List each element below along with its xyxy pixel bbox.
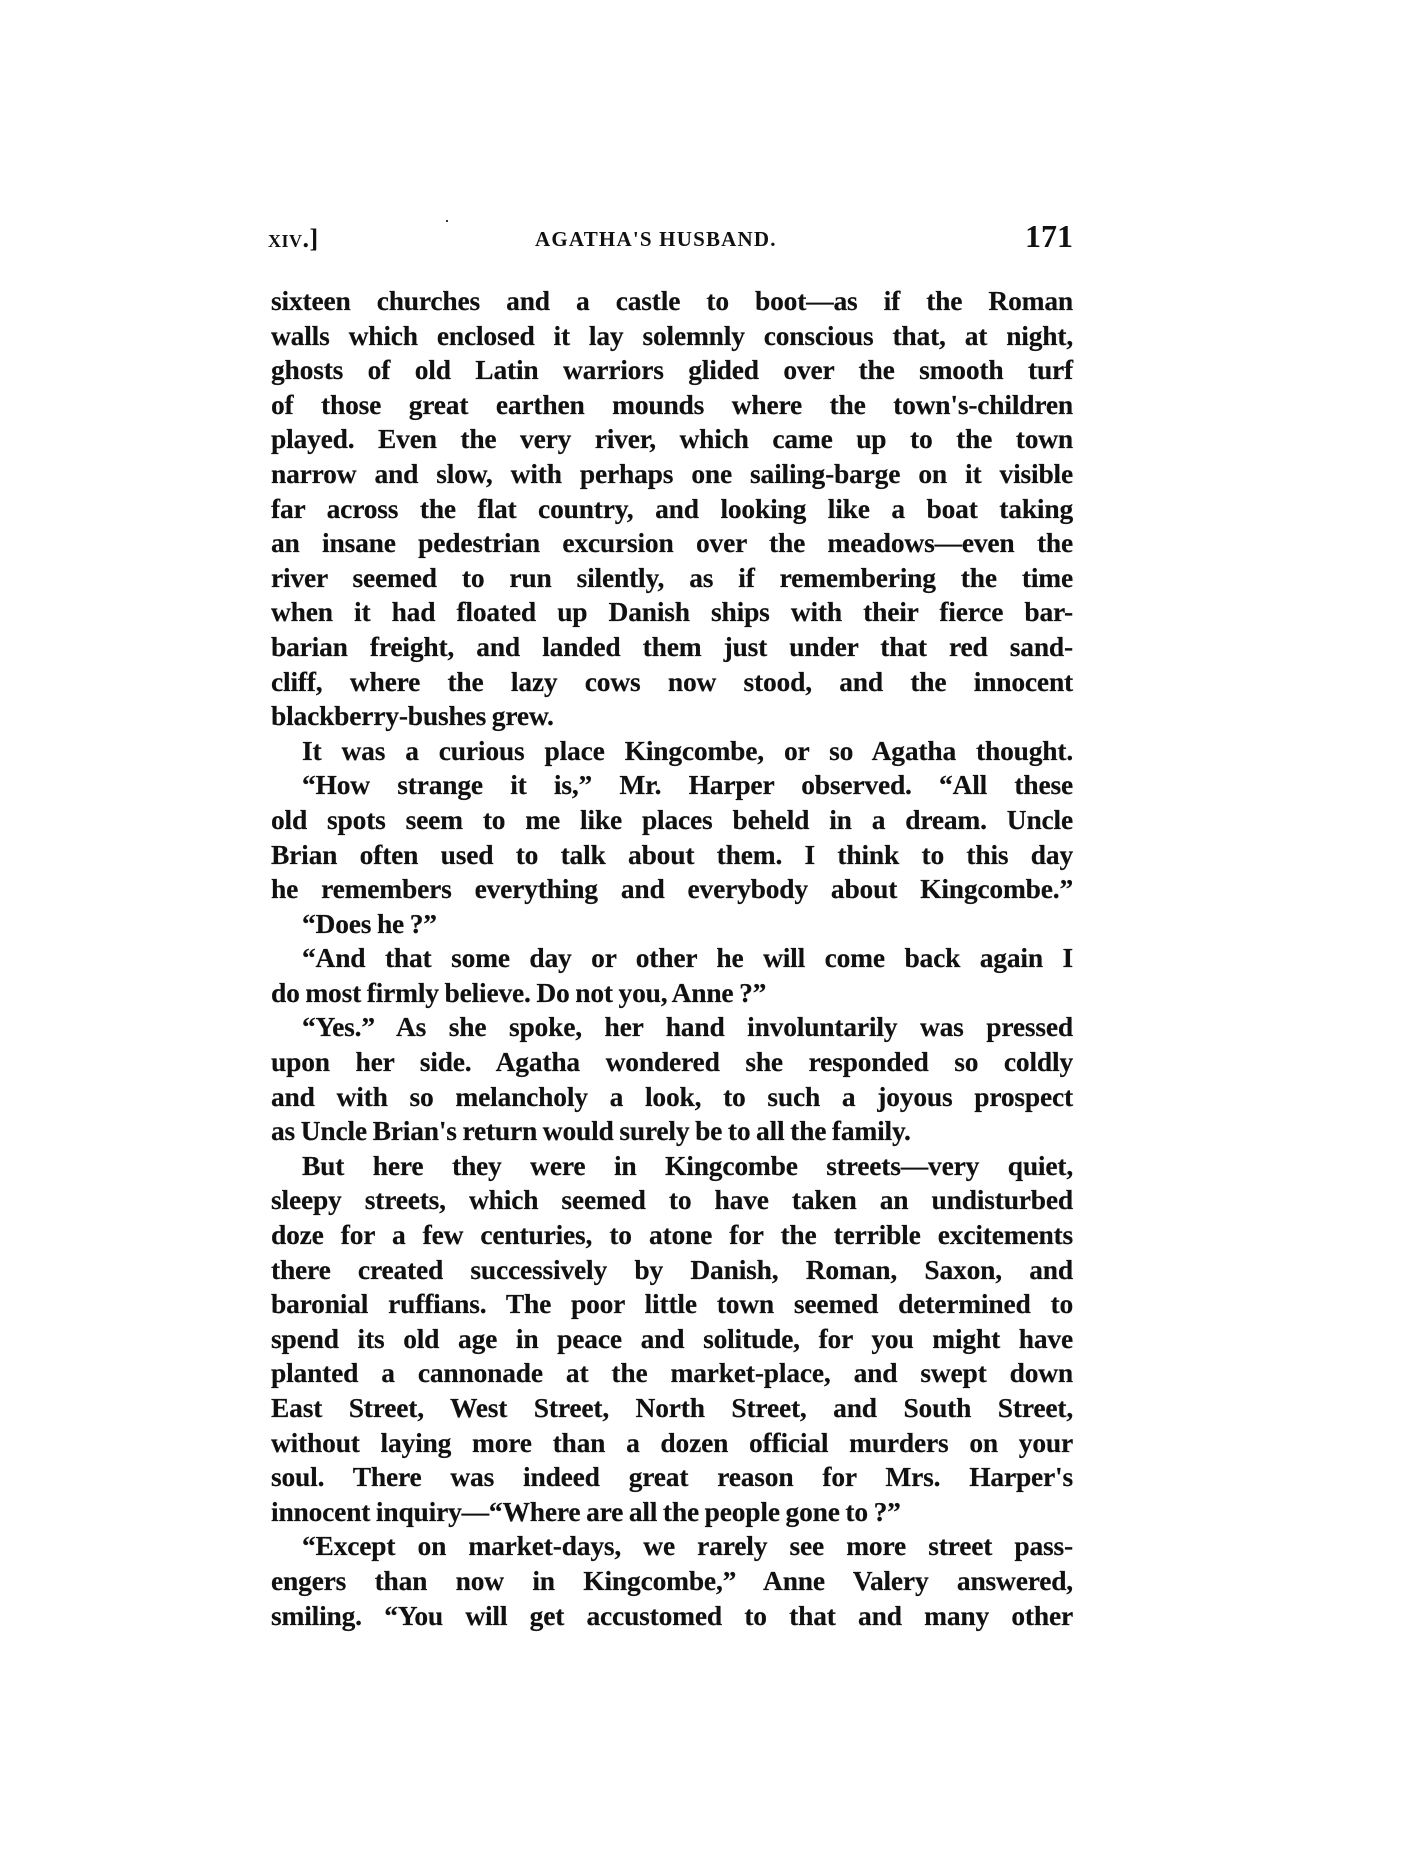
text-line: river seemed to run silently, as if reme…	[271, 561, 1073, 596]
text-line: narrow and slow, with perhaps one sailin…	[271, 457, 1073, 492]
text-line: there created successively by Danish, Ro…	[271, 1253, 1073, 1288]
text-line: without laying more than a dozen officia…	[271, 1426, 1073, 1461]
text-line: and with so melancholy a look, to such a…	[271, 1080, 1073, 1115]
text-line: engers than now in Kingcombe,” Anne Vale…	[271, 1564, 1073, 1599]
text-line: spend its old age in peace and solitude,…	[271, 1322, 1073, 1357]
text-line: played. Even the very river, which came …	[271, 422, 1073, 457]
text-line: an insane pedestrian excursion over the …	[271, 526, 1073, 561]
text-line: “And that some day or other he will come…	[271, 941, 1073, 976]
running-head: XIV.] AGATHA'S HUSBAND. 171	[271, 218, 1073, 258]
chapter-number: XIV.]	[268, 224, 319, 254]
text-line: old spots seem to me like places beheld …	[271, 803, 1073, 838]
text-line: Brian often used to talk about them. I t…	[271, 838, 1073, 873]
text-line: soul. There was indeed great reason for …	[271, 1460, 1073, 1495]
text-line: barian freight, and landed them just und…	[271, 630, 1073, 665]
text-line: But here they were in Kingcombe streets—…	[271, 1149, 1073, 1184]
text-line: “Except on market-days, we rarely see mo…	[271, 1529, 1073, 1564]
text-line: far across the flat country, and looking…	[271, 492, 1073, 527]
text-line: “Does he ?”	[271, 907, 1073, 942]
text-line: smiling. “You will get accustomed to tha…	[271, 1599, 1073, 1634]
body-text: sixteen churches and a castle to boot—as…	[271, 284, 1073, 1633]
text-line: baronial ruffians. The poor little town …	[271, 1287, 1073, 1322]
print-speck	[446, 220, 448, 222]
text-line: sleepy streets, which seemed to have tak…	[271, 1183, 1073, 1218]
page-number: 171	[1025, 218, 1073, 255]
text-line: upon her side. Agatha wondered she respo…	[271, 1045, 1073, 1080]
text-line: do most firmly believe. Do not you, Anne…	[271, 976, 1073, 1011]
book-page: XIV.] AGATHA'S HUSBAND. 171 sixteen chur…	[0, 0, 1401, 1851]
text-line: It was a curious place Kingcombe, or so …	[271, 734, 1073, 769]
text-line: as Uncle Brian's return would surely be …	[271, 1114, 1073, 1149]
text-line: cliff, where the lazy cows now stood, an…	[271, 665, 1073, 700]
text-line: innocent inquiry—“Where are all the peop…	[271, 1495, 1073, 1530]
text-line: blackberry-bushes grew.	[271, 699, 1073, 734]
text-line: “How strange it is,” Mr. Harper observed…	[271, 768, 1073, 803]
text-line: “Yes.” As she spoke, her hand involuntar…	[271, 1010, 1073, 1045]
running-title: AGATHA'S HUSBAND.	[535, 227, 777, 252]
text-line: he remembers everything and everybody ab…	[271, 872, 1073, 907]
text-line: planted a cannonade at the market-place,…	[271, 1356, 1073, 1391]
text-line: when it had floated up Danish ships with…	[271, 595, 1073, 630]
text-line: of those great earthen mounds where the …	[271, 388, 1073, 423]
text-line: walls which enclosed it lay solemnly con…	[271, 319, 1073, 354]
text-line: sixteen churches and a castle to boot—as…	[271, 284, 1073, 319]
text-line: East Street, West Street, North Street, …	[271, 1391, 1073, 1426]
text-line: ghosts of old Latin warriors glided over…	[271, 353, 1073, 388]
text-line: doze for a few centuries, to atone for t…	[271, 1218, 1073, 1253]
